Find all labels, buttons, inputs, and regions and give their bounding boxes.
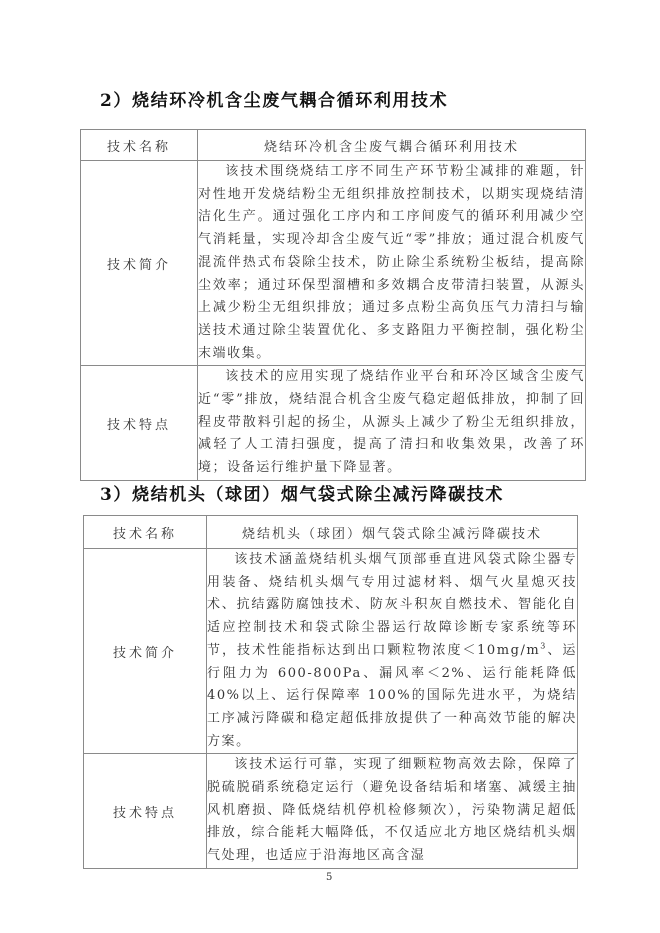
section-heading-3: 3）烧结机头（球团）烟气袋式除尘减污降碳技术 <box>100 480 504 505</box>
row-label-tech-features: 技术特点 <box>81 366 198 481</box>
table-row: 技术简介 该技术围绕烧结工序不同生产环节粉尘减排的难题，针对性地开发烧结粉尘无组… <box>81 161 586 366</box>
page-number: 5 <box>326 872 332 883</box>
tech-features-text: 该技术运行可靠，实现了细颗粒物高效去除，保障了脱硫脱硝系统稳定运行（避免设备结垢… <box>207 754 578 869</box>
superscript-3: 3 <box>540 641 547 650</box>
tech-intro-text: 该技术涵盖烧结机头烟气顶部垂直进风袋式除尘器专用装备、烧结机头烟气专用过滤材料、… <box>207 549 578 754</box>
row-label-tech-name: 技术名称 <box>84 516 207 549</box>
tech-table-2: 技术名称 烧结环冷机含尘废气耦合循环利用技术 技术简介 该技术围绕烧结工序不同生… <box>80 129 586 481</box>
table-row: 技术简介 该技术涵盖烧结机头烟气顶部垂直进风袋式除尘器专用装备、烧结机头烟气专用… <box>84 549 578 754</box>
row-label-tech-features: 技术特点 <box>84 754 207 869</box>
table-row: 技术名称 烧结环冷机含尘废气耦合循环利用技术 <box>81 130 586 161</box>
section-heading-2: 2）烧结环冷机含尘废气耦合循环利用技术 <box>100 86 448 111</box>
tech-name-value: 烧结机头（球团）烟气袋式除尘减污降碳技术 <box>207 516 578 549</box>
tech-intro-text: 该技术围绕烧结工序不同生产环节粉尘减排的难题，针对性地开发烧结粉尘无组织排放控制… <box>198 161 586 366</box>
tech-name-value: 烧结环冷机含尘废气耦合循环利用技术 <box>198 130 586 161</box>
intro-text-part-b: 、运行阻力为 600-800Pa、漏风率＜2%、运行能耗降低 40%以上、运行保… <box>207 643 577 749</box>
table-row: 技术特点 该技术运行可靠，实现了细颗粒物高效去除，保障了脱硫脱硝系统稳定运行（避… <box>84 754 578 869</box>
tech-features-text: 该技术的应用实现了烧结作业平台和环冷区域含尘废气近“零”排放，烧结混合机含尘废气… <box>198 366 586 481</box>
table-row: 技术特点 该技术的应用实现了烧结作业平台和环冷区域含尘废气近“零”排放，烧结混合… <box>81 366 586 481</box>
intro-text-part-a: 该技术涵盖烧结机头烟气顶部垂直进风袋式除尘器专用装备、烧结机头烟气专用过滤材料、… <box>207 552 577 658</box>
table-row: 技术名称 烧结机头（球团）烟气袋式除尘减污降碳技术 <box>84 516 578 549</box>
row-label-tech-intro: 技术简介 <box>81 161 198 366</box>
row-label-tech-intro: 技术简介 <box>84 549 207 754</box>
row-label-tech-name: 技术名称 <box>81 130 198 161</box>
tech-table-3: 技术名称 烧结机头（球团）烟气袋式除尘减污降碳技术 技术简介 该技术涵盖烧结机头… <box>83 515 578 869</box>
